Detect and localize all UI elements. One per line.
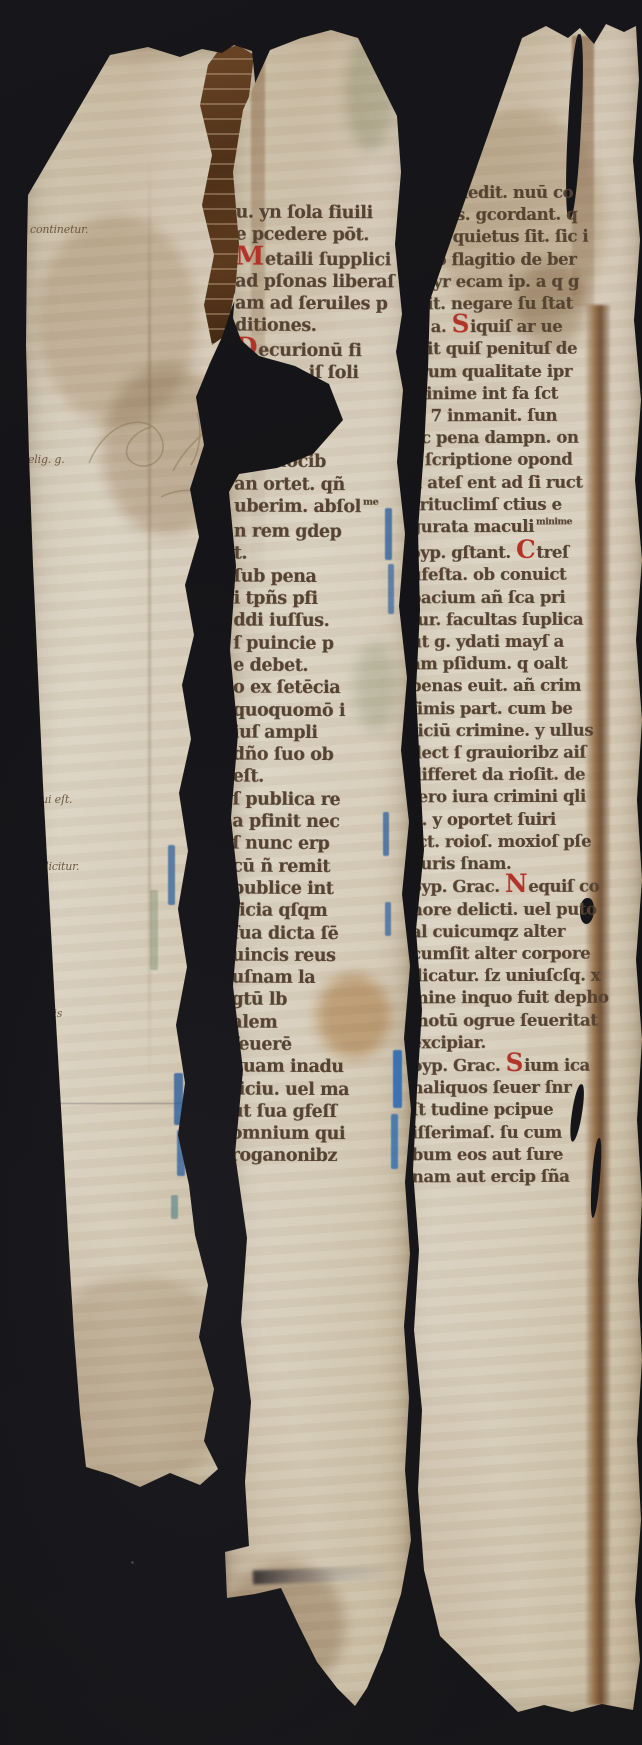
text-line: omnium qui [231, 1123, 403, 1146]
text-line: rantes. gcordant. q [408, 204, 638, 227]
parchment-fragment-middle: u. yn ſola fiuilie pcedere pōt.Metaili ſ… [225, 22, 411, 1712]
text-line: iuſ ampli [233, 721, 405, 744]
text-line: naliquos ſeuer ſnr [411, 1077, 641, 1100]
text-line: penas euit. añ crim [410, 675, 640, 698]
text-line: ut g. ydati mayſ a [410, 631, 640, 654]
illuminated-initial: M [235, 240, 264, 271]
illuminated-initial: C [516, 535, 535, 564]
text-line: am pſidum. q oalt [410, 653, 640, 676]
text-line: ſ nunc erp [232, 833, 404, 856]
text-line: lic pena dampn. on [409, 427, 639, 450]
text-line: ſua dicta ſē [232, 922, 404, 945]
text-line: ſct. roioſ. moxioſ pſe [411, 830, 641, 853]
blue-pigment-streak [168, 845, 175, 905]
text-line: tero iura crimini qli [410, 786, 640, 809]
text-line: erituclimſ ctius e [409, 493, 639, 516]
text-line: ad pſonas liberaſ [235, 270, 407, 293]
text-line: Decurionū fi [235, 337, 407, 362]
text-line: t uyr ecam ip. a q g [409, 270, 639, 293]
text-line: differet da rioſit. de [410, 764, 640, 787]
text-line: ecto flagitio de ber [408, 248, 638, 271]
stain [345, 32, 395, 152]
text-line: oyp. Grac. Nequiſ co [411, 875, 641, 899]
text-line: ſt tudine pcipue [411, 1099, 641, 1122]
illuminated-initial: S [506, 1048, 524, 1077]
text-line: ut ſua gfeſſ [231, 1100, 403, 1123]
text-line: i tpñs pfi [233, 588, 405, 611]
teal-pigment-streak [171, 1195, 178, 1219]
text-line: uberim. abſolme [234, 495, 406, 521]
text-line: ſi ateſ ent ad ſi ruct [409, 471, 639, 494]
text-line: t. [234, 543, 406, 566]
text-line: ddi iuſſus. [233, 610, 405, 633]
text-line: Metaili ſupplici [235, 246, 407, 271]
text-line: ſimis part. cum be [410, 697, 640, 720]
text-line: dño ſuo ob [233, 744, 405, 767]
stain [32, 1275, 242, 1485]
text-line: dect ſ grauioribz aiſ [410, 742, 640, 765]
text-line: ſ puincie p [233, 632, 405, 655]
text-line: an ortet. qñ [234, 473, 406, 496]
text-line: dicatur. ſz uniuſcſq. x [411, 965, 641, 988]
text-line: alem [231, 1011, 403, 1034]
text-line: mine inquo fuit depho [411, 987, 641, 1010]
text-line: ticiū crimine. y ullus [410, 719, 640, 742]
text-line: ñe. ñ ſint [234, 429, 406, 452]
text-line: roganonibz [230, 1145, 402, 1168]
text-line: iſſerimaſ. ſu cum [412, 1121, 642, 1144]
text-line: cumſit alter corpore [411, 943, 641, 966]
text-line: al cuicumqz alter [411, 920, 641, 943]
text-line: g. y oportet ſuiri [410, 808, 640, 831]
text-line: oyp. gſtant. Ctreſ [409, 541, 639, 565]
text-line: ſeuerē [231, 1034, 403, 1057]
text-line: eſt. [232, 766, 404, 789]
text-line: a ſcriptione opond [409, 449, 639, 472]
margin-note-elig: elig. g. [28, 453, 65, 466]
blue-pigment-streak [177, 1130, 185, 1176]
text-line: pacium añ ſca pri [410, 586, 640, 609]
text-line: fuit quiſ penituſ de [409, 338, 639, 361]
text-line: n rem gdep [234, 521, 406, 544]
text-line: excipiar. [411, 1031, 641, 1054]
text-line: uſnam la [231, 967, 403, 990]
main-text-column: u. yn ſola fiuilie pcedere pōt.Metaili ſ… [230, 202, 407, 1169]
text-line: o ex ſetēcia [233, 677, 405, 700]
text-line: nore delicti. uel puto [411, 898, 641, 921]
text-line: ſ publica re [232, 788, 404, 811]
text-line: ficia qſqm [232, 900, 404, 923]
margin-note-equi: equi eſt. [28, 793, 72, 806]
text-line: cū ñ remit [232, 855, 404, 878]
interlinear-gloss: me [363, 491, 379, 513]
text-line: ſub pena [234, 565, 406, 588]
text-line: y ni uocib [234, 451, 406, 474]
text-line: u. yn ſola fiuili [235, 202, 407, 225]
text-line: am ad ſeruiles p [235, 293, 407, 316]
text-line: tur. facultas ſuplica [410, 608, 640, 631]
text-line: ai 7 inmanit. ſun [409, 405, 639, 428]
margin-note-continetur: continetur. [30, 223, 88, 236]
text-line: nam aut ercip ſña [412, 1166, 642, 1189]
text-line: erit. negare ſu ſtat [409, 293, 639, 316]
text-line: e debet. [233, 654, 405, 677]
text-line: fuint dedit. nuū co [408, 182, 638, 205]
text-line: minime int fa ſct [409, 382, 639, 405]
text-line: publice int [232, 877, 404, 900]
pen-doodle [77, 393, 247, 513]
ruled-seam [32, 1103, 182, 1104]
illuminated-initial: N [505, 869, 527, 898]
text-line: bum eos aut ſure [412, 1143, 642, 1166]
interlinear-gloss: minime [536, 512, 572, 534]
photo-stage: continetur. elig. g. equi eſt. e dicitur… [0, 0, 642, 1745]
text-line: ufeſta. ob conuict [410, 564, 640, 587]
text-line: nem quietus ſit. ſic i [408, 226, 638, 249]
text-line: ditiones. [235, 315, 407, 338]
text-line: motū ogrue ſeueritat [411, 1009, 641, 1032]
margin-note-unalis: unalis [30, 1007, 62, 1020]
text-line: a ſu e lio [234, 384, 406, 407]
text-line: a pfinit nec [232, 811, 404, 834]
text-line: on dixerit. [234, 406, 406, 429]
parchment-fragment-left: continetur. elig. g. equi eſt. e dicitur… [22, 45, 258, 1493]
parchment-fragment-right: fuint dedit. nuū corantes. gcordant. qne… [396, 10, 642, 1716]
illuminated-initial: S [452, 309, 470, 338]
text-line: orum qualitate ipr [409, 360, 639, 383]
text-line: gtū lb [231, 989, 403, 1012]
margin-note-dicitur: e dicitur. [32, 860, 79, 873]
text-line: quoquomō i [233, 699, 405, 722]
text-line: quam inadu [231, 1056, 403, 1079]
text-line: uincis reus [232, 944, 404, 967]
illuminated-initial: D [235, 331, 258, 362]
dust-specks [0, 0, 1, 1]
green-pigment-streak [150, 890, 158, 970]
text-line: u ad ea iſ ſoli [235, 362, 407, 385]
text-line: b. a. Siquiſ ar ue [409, 315, 639, 339]
text-line: ticiu. uel ma [231, 1078, 403, 1101]
blue-pigment-streak [174, 1073, 183, 1125]
text-line: oyp. Grac. Sium ica [411, 1054, 641, 1078]
main-text-column: fuint dedit. nuū corantes. gcordant. qne… [408, 182, 642, 1189]
